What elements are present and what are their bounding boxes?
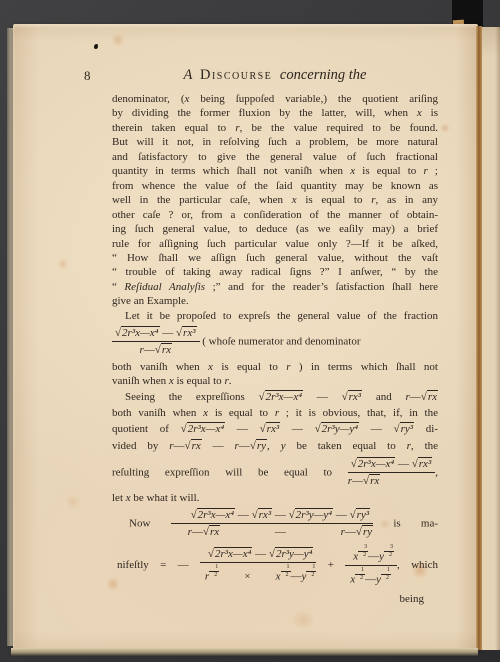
- page-stack-edge-bottom: [11, 648, 478, 656]
- radical-sign: √2r³x—x⁴: [351, 457, 396, 470]
- page-number: 8: [84, 68, 91, 84]
- text-line: Seeing the expreſſions √2r³x—x⁴ — √rx³ a…: [112, 389, 438, 406]
- radical-sign: √rx³: [342, 390, 363, 403]
- radical-sign: √rx³: [176, 326, 197, 339]
- fore-edge: [482, 27, 500, 650]
- radical-sign: √ry: [356, 525, 373, 538]
- radical-sign: √rx³: [252, 508, 273, 521]
- radical-sign: √rx: [363, 474, 380, 487]
- text-column: RESIDUAL ANALYSIS A Discourse concerning…: [112, 67, 438, 605]
- text-line: rule for aſſigning ſuch particular value…: [112, 237, 438, 251]
- text-line: give an Example.: [112, 294, 438, 308]
- text-line: both vaniſh when x is equal to r ) in te…: [112, 360, 438, 374]
- page: 8 RESIDUAL ANALYSIS A Discourse concerni…: [13, 24, 478, 650]
- text-line: √2r³x—x⁴ — √rx³r—√rx ( whoſe numerator a…: [112, 323, 438, 360]
- text-line: ing ſuch general value, to deduce (as we…: [112, 222, 438, 236]
- text-line: let x be what it will.: [112, 491, 438, 505]
- fraction-exponent: 12: [355, 567, 365, 581]
- text-line: by dividing the former fluxion by the la…: [112, 106, 438, 120]
- book-photo: 8 RESIDUAL ANALYSIS A Discourse concerni…: [0, 0, 500, 662]
- text-line: vided by r—√rx — r—√ry, y be taken equal…: [112, 437, 438, 454]
- radical-sign: √2r³x—x⁴: [259, 390, 304, 403]
- fraction-exponent: 12: [281, 564, 291, 578]
- running-title: RESIDUAL ANALYSIS A Discourse concerning…: [112, 67, 438, 84]
- text-line: quantity in terms which ſhall not vaniſh…: [112, 164, 438, 178]
- show-through-text: RESIDUAL ANALYSIS: [112, 67, 438, 82]
- text-line: and ſatisfactory to give the general val…: [112, 150, 438, 164]
- catchword: being: [112, 593, 438, 605]
- text-line: both vaniſh when x is equal to r ; it is…: [112, 406, 438, 420]
- fraction: x32—y32x12—y12: [345, 544, 397, 587]
- fraction-exponent: 32: [358, 544, 368, 558]
- text-line: nifeſtly = — √2r³x—x⁴ — √2r³y—y⁴r12 × x1…: [112, 542, 438, 590]
- fraction-exponent: 32: [384, 544, 394, 558]
- text-line: well in the particular caſe, when x is e…: [112, 193, 438, 207]
- text-line: reſulting expreſſion will be equal to √2…: [112, 454, 438, 491]
- body-text: denominator, (x being ſuppoſed variable,…: [112, 92, 438, 590]
- text-line: Let it be propoſed to expreſs the genera…: [112, 309, 438, 323]
- text-line: from whence the value of the ſaid quanti…: [112, 179, 438, 193]
- radical-sign: √2r³x—x⁴: [191, 508, 236, 521]
- radical-sign: √rx³: [260, 422, 281, 435]
- fraction: √2r³x—x⁴ — √2r³y—y⁴r12 × x12—y12: [200, 547, 317, 584]
- radical-sign: √rx: [421, 390, 438, 403]
- radical-sign: √rx: [185, 439, 202, 452]
- fraction: √2r³x—x⁴ — √rx³r—√rx: [348, 457, 436, 489]
- radical-sign: √rx³: [412, 457, 433, 470]
- fraction-exponent: 12: [306, 564, 316, 578]
- radical-sign: √2r³x—x⁴: [181, 422, 226, 435]
- radical-sign: √rx: [203, 525, 220, 538]
- text-line: “ How ſhall we aſſign ſuch general value…: [112, 251, 438, 265]
- text-line: But will it not, in reſolving ſuch a pro…: [112, 135, 438, 149]
- text-line: Now √2r³x—x⁴ — √rx³ — √2r³y—y⁴ — √ry³r—√…: [112, 505, 438, 542]
- fraction: √2r³x—x⁴ — √rx³r—√rx: [112, 326, 200, 358]
- text-line: quotient of √2r³x—x⁴ — √rx³ — √2r³y—y⁴ —…: [112, 420, 438, 437]
- text-line: vaniſh when x is equal to r.: [112, 374, 438, 388]
- text-line: “ trouble of taking away radical ſigns ?…: [112, 265, 438, 279]
- fraction-exponent: 12: [209, 564, 219, 578]
- fraction-exponent: 12: [381, 567, 391, 581]
- text-line: therein taken equal to r, be the value r…: [112, 121, 438, 135]
- radical-sign: √2r³y—y⁴: [289, 508, 334, 521]
- radical-sign: √2r³y—y⁴: [269, 547, 314, 560]
- radical-sign: √2r³x—x⁴: [208, 547, 253, 560]
- text-line: “ Reſidual Analyſis ;” and for the reade…: [112, 280, 438, 294]
- radical-sign: √2r³x—x⁴: [115, 326, 160, 339]
- radical-sign: √2r³y—y⁴: [315, 422, 360, 435]
- ink-spot: [94, 44, 98, 49]
- radical-sign: √ry³: [350, 508, 371, 521]
- radical-sign: √ry: [250, 439, 267, 452]
- fraction: √2r³x—x⁴ — √rx³ — √2r³y—y⁴ — √ry³r—√rx —…: [171, 508, 374, 540]
- text-line: denominator, (x being ſuppoſed variable,…: [112, 92, 438, 106]
- radical-sign: √ry³: [394, 422, 415, 435]
- text-line: other caſe ? or, from a conſideration of…: [112, 208, 438, 222]
- radical-sign: √rx: [155, 343, 172, 356]
